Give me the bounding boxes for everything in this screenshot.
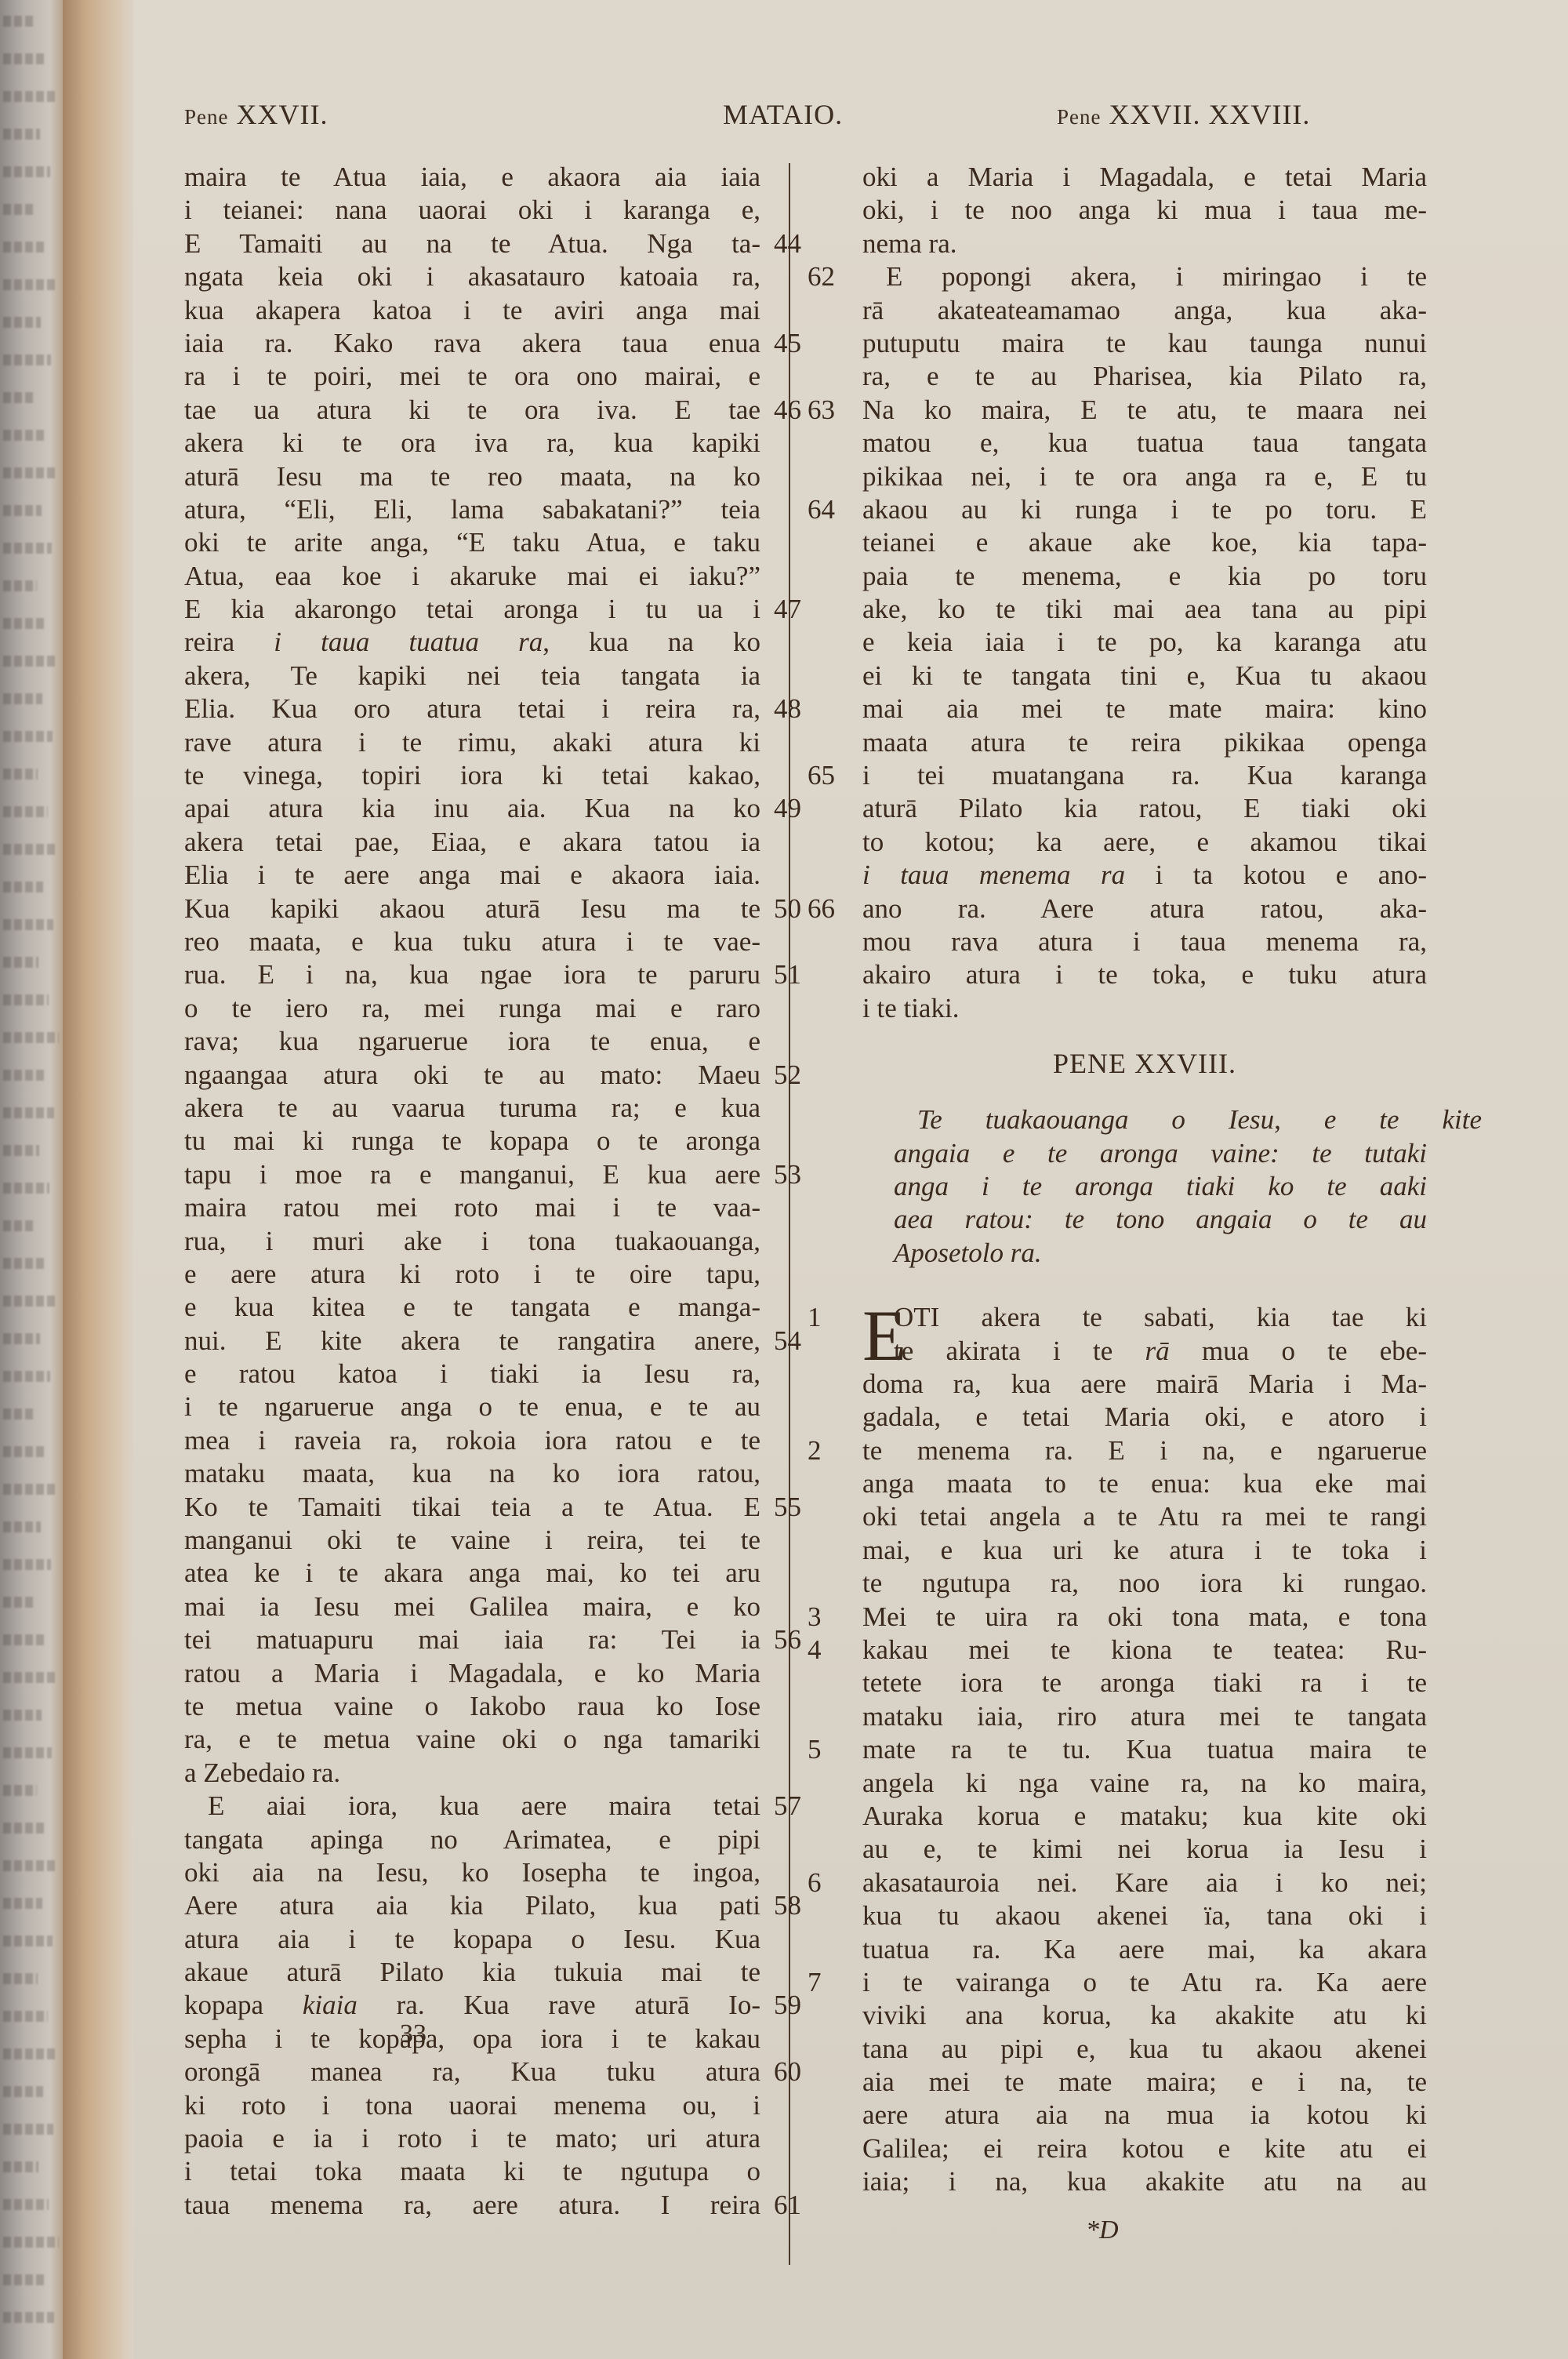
summary-line: Aposetolo ra. <box>862 1237 1427 1270</box>
line-text: tei matuapuru mai iaia ra: Tei ia <box>184 1623 760 1656</box>
line-text: oki a Maria i Magadala, e tetai Maria <box>862 161 1427 194</box>
text-line: paia te menema, e kia po toru <box>808 560 1419 593</box>
verse-number: 44 <box>774 227 801 260</box>
line-text: kua tu akaou akenei ïa, tana oki i <box>862 1899 1427 1932</box>
line-text: aturā Pilato kia ratou, E tiaki oki <box>862 792 1427 825</box>
chapter-heading: PENE XXVIII. <box>862 1047 1427 1091</box>
summary-text: anga i te aronga tiaki ko te aaki <box>894 1170 1427 1203</box>
verse-number: 59 <box>774 1989 801 2022</box>
text-line: tae ua atura ki te ora iva. E tae46 <box>184 394 819 427</box>
text-line: o te iero ra, mei runga mai e raro <box>184 992 819 1025</box>
line-text: i taua menema ra i ta kotou e ano- <box>862 859 1427 892</box>
text-line: oki, i te noo anga ki mua i taua me- <box>808 194 1419 227</box>
line-text: aere atura aia na mua ia kotou ki <box>862 2099 1427 2132</box>
text-line: Atua, eaa koe i akaruke mai ei iaku?” <box>184 560 819 593</box>
text-line: sepha i te kopapa, opa iora i te kakau <box>184 2023 819 2055</box>
text-line: ano ra. Aere atura ratou, aka-66 <box>808 892 1419 925</box>
text-line: maira te Atua iaia, e akaora aia iaia <box>184 161 819 194</box>
text-line: reira i taua tuatua ra, kua na ko <box>184 626 819 659</box>
line-text: ei ki te tangata tini e, Kua tu akaou <box>862 660 1427 692</box>
text-line: mai ia Iesu mei Galilea maira, e ko <box>184 1590 819 1623</box>
summary-line: Te tuakaouanga o Iesu, e te kite <box>862 1103 1427 1136</box>
text-line: e ratou katoa i tiaki ia Iesu ra, <box>184 1358 819 1390</box>
line-text: tae ua atura ki te ora iva. E tae <box>184 394 760 427</box>
text-line: oki aia na Iesu, ko Iosepha te ingoa, <box>184 1856 819 1889</box>
line-text: Aere atura aia kia Pilato, kua pati <box>184 1889 760 1922</box>
book-page: Pene XXVII. MATAIO. Pene XXVII. XXVIII. … <box>133 0 1568 2359</box>
text-line: aturā Pilato kia ratou, E tiaki oki <box>808 792 1419 825</box>
line-text: nema ra. <box>862 227 1427 260</box>
text-line: aia mei te mate maira; e i na, te <box>808 2066 1419 2099</box>
line-text: oki aia na Iesu, ko Iosepha te ingoa, <box>184 1856 760 1889</box>
book-gutter <box>63 0 133 2359</box>
line-text: ra, e te metua vaine oki o nga tamariki <box>184 1723 760 1756</box>
text-line: tana au pipi e, kua tu akaou akenei <box>808 2033 1419 2066</box>
line-text: mou rava atura i taua menema ra, <box>862 925 1427 958</box>
line-text: taua menema ra, aere atura. I reira <box>184 2189 760 2222</box>
line-text: i te ngaruerue anga o te enua, e te au <box>184 1390 760 1423</box>
line-text: akera, Te kapiki nei teia tangata ia <box>184 660 760 692</box>
text-line: akasatauroia nei. Kare aia i ko nei;6 <box>808 1866 1419 1899</box>
verse-number: 53 <box>774 1158 801 1191</box>
line-text: teianei e akaue ake koe, kia tapa- <box>862 526 1427 559</box>
text-line: akera, Te kapiki nei teia tangata ia <box>184 660 819 692</box>
line-text: apai atura kia inu aia. Kua na ko <box>184 792 760 825</box>
summary-line: angaia e te aronga vaine: te tutaki <box>862 1137 1427 1170</box>
line-text: te akirata i te rā mua o te ebe- <box>894 1335 1427 1368</box>
line-text: akaou au ki runga i te po toru. E <box>862 493 1427 526</box>
text-line: mataku maata, kua na ko iora ratou, <box>184 1457 819 1490</box>
line-text: tetete iora te aronga tiaki ra i te <box>862 1667 1427 1699</box>
text-line: kua akapera katoa i te aviri anga mai <box>184 294 819 327</box>
line-text: o te iero ra, mei runga mai e raro <box>184 992 760 1025</box>
text-line: mea i raveia ra, rokoia iora ratou e te <box>184 1424 819 1457</box>
text-line: e aere atura ki roto i te oire tapu, <box>184 1258 819 1291</box>
text-line: kua tu akaou akenei ïa, tana oki i <box>808 1899 1419 1932</box>
line-text: rave atura i te rimu, akaki atura ki <box>184 726 760 759</box>
verse-number: 57 <box>774 1790 801 1823</box>
text-line: nema ra. <box>808 227 1419 260</box>
text-line: akaou au ki runga i te po toru. E64 <box>808 493 1419 526</box>
running-head-right: Pene XXVII. XXVIII. <box>1057 98 1310 131</box>
line-text: tu mai ki runga te kopapa o te aronga <box>184 1125 760 1158</box>
text-line: angela ki nga vaine ra, na ko maira, <box>808 1767 1419 1800</box>
line-text: Na ko maira, E te atu, te maara nei <box>862 394 1427 427</box>
text-line: viviki ana korua, ka akakite atu ki <box>808 1999 1419 2032</box>
line-text: ake, ko te tiki mai aea tana au pipi <box>862 593 1427 626</box>
text-line: reo maata, e kua tuku atura i te vae- <box>184 925 819 958</box>
text-line: rā akateateamamao anga, kua aka- <box>808 294 1419 327</box>
line-text: E aiai iora, kua aere maira tetai <box>184 1790 760 1823</box>
line-text: putuputu maira te kau taunga nunui <box>862 327 1427 360</box>
running-head-left: Pene XXVII. <box>184 98 328 131</box>
line-text: iaia ra. Kako rava akera taua enua <box>184 327 760 360</box>
text-line: tei matuapuru mai iaia ra: Tei ia56 <box>184 1623 819 1656</box>
text-line: E Tamaiti au na te Atua. Nga ta-44 <box>184 227 819 260</box>
line-text: iaia; i na, kua akakite atu na au <box>862 2165 1427 2198</box>
verse-number: 52 <box>774 1059 801 1092</box>
summary-text: Aposetolo ra. <box>894 1237 1427 1270</box>
line-text: e kua kitea e te tangata e manga- <box>184 1291 760 1324</box>
text-line: Ko te Tamaiti tikai teia a te Atua. E55 <box>184 1491 819 1524</box>
text-line: Mei te uira ra oki tona mata, e tona3 <box>808 1601 1419 1634</box>
verse-number: 56 <box>774 1623 801 1656</box>
verse-number: 1 <box>808 1301 822 1334</box>
text-line: atea ke i te akara anga mai, ko tei aru <box>184 1557 819 1590</box>
verse-number: 45 <box>774 327 801 360</box>
text-line: E popongi akera, i miringao i te62 <box>808 260 1419 293</box>
verse-number: 47 <box>774 593 801 626</box>
line-text: te menema ra. E i na, e ngaruerue <box>862 1434 1427 1467</box>
verse-number: 62 <box>808 260 835 293</box>
chapter-summary: Te tuakaouanga o Iesu, e te kiteangaia e… <box>862 1103 1427 1270</box>
chapter-27-continuation: oki a Maria i Magadala, e tetai Mariaoki… <box>808 161 1419 1025</box>
text-line: manganui oki te vaine i reira, tei te <box>184 1524 819 1557</box>
line-text: E kia akarongo tetai aronga i tu ua i <box>184 593 760 626</box>
line-text: maira ratou mei roto mai i te vaa- <box>184 1191 760 1224</box>
text-line: taua menema ra, aere atura. I reira61 <box>184 2189 819 2222</box>
line-text: manganui oki te vaine i reira, tei te <box>184 1524 760 1557</box>
text-line: aturā Iesu ma te reo maata, na ko <box>184 460 819 493</box>
text-line: mou rava atura i taua menema ra, <box>808 925 1419 958</box>
line-text: rua, i muri ake i tona tuakaouanga, <box>184 1225 760 1258</box>
text-line: i te ngaruerue anga o te enua, e te au <box>184 1390 819 1423</box>
verse-number: 50 <box>774 892 801 925</box>
text-line: i teianei: nana uaorai oki i karanga e, <box>184 194 819 227</box>
line-text: i tei muatangana ra. Kua karanga <box>862 759 1427 792</box>
right-column: oki a Maria i Magadala, e tetai Mariaoki… <box>808 161 1419 2199</box>
line-text: ra i te poiri, mei te ora ono mairai, e <box>184 360 760 393</box>
line-text: ra, e te au Pharisea, kia Pilato ra, <box>862 360 1427 393</box>
text-line: apai atura kia inu aia. Kua na ko49 <box>184 792 819 825</box>
line-text: mea i raveia ra, rokoia iora ratou e te <box>184 1424 760 1457</box>
text-line: akaue aturā Pilato kia tukuia mai te <box>184 1956 819 1989</box>
running-head-left-prefix: Pene <box>184 105 228 129</box>
text-line: rua. E i na, kua ngae iora te paruru51 <box>184 958 819 991</box>
text-line: iaia; i na, kua akakite atu na au <box>808 2165 1419 2198</box>
text-line: E kia akarongo tetai aronga i tu ua i47 <box>184 593 819 626</box>
line-text: akasatauroia nei. Kare aia i ko nei; <box>862 1866 1427 1899</box>
text-line: tapu i moe ra e manganui, E kua aere53 <box>184 1158 819 1191</box>
line-text: mataku maata, kua na ko iora ratou, <box>184 1457 760 1490</box>
text-line: tu mai ki runga te kopapa o te aronga <box>184 1125 819 1158</box>
line-text: Mei te uira ra oki tona mata, e tona <box>862 1601 1427 1634</box>
text-line: te vinega, topiri iora ki tetai kakao, <box>184 759 819 792</box>
text-line: Kua kapiki akaou aturā Iesu ma te50 <box>184 892 819 925</box>
line-text: anga maata to te enua: kua eke mai <box>862 1467 1427 1500</box>
text-line: gadala, e tetai Maria oki, e atoro i <box>808 1401 1419 1434</box>
verse-number: 66 <box>808 892 835 925</box>
line-text: aia mei te mate maira; e i na, te <box>862 2066 1427 2099</box>
line-text: Elia. Kua oro atura tetai i reira ra, <box>184 692 760 725</box>
line-text: ngaangaa atura oki te au mato: Maeu <box>184 1059 760 1092</box>
text-line: ei ki te tangata tini e, Kua tu akaou <box>808 660 1419 692</box>
text-line: i taua menema ra i ta kotou e ano- <box>808 859 1419 892</box>
text-line: atura, “Eli, Eli, lama sabakatani?” teia <box>184 493 819 526</box>
text-line: mai, e kua uri ke atura i te toka i <box>808 1534 1419 1567</box>
text-line: rave atura i te rimu, akaki atura ki <box>184 726 819 759</box>
line-text: rua. E i na, kua ngae iora te paruru <box>184 958 760 991</box>
line-text: te vinega, topiri iora ki tetai kakao, <box>184 759 760 792</box>
text-line: to kotou; ka aere, e akamou tikai <box>808 826 1419 859</box>
line-text: mai, e kua uri ke atura i te toka i <box>862 1534 1427 1567</box>
verse-number: 55 <box>774 1491 801 1524</box>
text-line: E aiai iora, kua aere maira tetai57 <box>184 1790 819 1823</box>
text-line: ra i te poiri, mei te ora ono mairai, e <box>184 360 819 393</box>
verse-number: 3 <box>808 1601 822 1634</box>
text-line: i te vairanga o te Atu ra. Ka aere7 <box>808 1966 1419 1999</box>
line-text: paia te menema, e kia po toru <box>862 560 1427 593</box>
text-line: e keia iaia i te po, ka karanga atu <box>808 626 1419 659</box>
line-text: matou e, kua tuatua taua tangata <box>862 427 1427 460</box>
verse-number: 65 <box>808 759 835 792</box>
line-text: atura, “Eli, Eli, lama sabakatani?” teia <box>184 493 760 526</box>
text-line: Galilea; ei reira kotou e kite atu ei <box>808 2132 1419 2165</box>
text-line: teianei e akaue ake koe, kia tapa- <box>808 526 1419 559</box>
line-text: gadala, e tetai Maria oki, e atoro i <box>862 1401 1427 1434</box>
line-text: kakau mei te kiona te teatea: Ru- <box>862 1634 1427 1667</box>
line-text: mate ra te tu. Kua tuatua maira te <box>862 1733 1427 1766</box>
line-text: akairo atura i te toka, e tuku atura <box>862 958 1427 991</box>
line-text: tangata apinga no Arimatea, e pipi <box>184 1823 760 1856</box>
text-line: ngata keia oki i akasatauro katoaia ra, <box>184 260 819 293</box>
text-line: te menema ra. E i na, e ngaruerue2 <box>808 1434 1419 1467</box>
summary-text: aea ratou: te tono angaia o te au <box>894 1203 1427 1236</box>
text-line: pikikaa nei, i te ora anga ra e, E tu <box>808 460 1419 493</box>
text-line: ake, ko te tiki mai aea tana au pipi <box>808 593 1419 626</box>
text-line: a Zebedaio ra. <box>184 1757 819 1790</box>
text-line: ngaangaa atura oki te au mato: Maeu52 <box>184 1059 819 1092</box>
line-text: tana au pipi e, kua tu akaou akenei <box>862 2033 1427 2066</box>
line-text: reo maata, e kua tuku atura i te vae- <box>184 925 760 958</box>
line-text: te metua vaine o Iakobo raua ko Iose <box>184 1690 760 1723</box>
verse-number: 64 <box>808 493 835 526</box>
line-text: oki, i te noo anga ki mua i taua me- <box>862 194 1427 227</box>
text-line: akera ki te ora iva ra, kua kapiki <box>184 427 819 460</box>
text-line: nui. E kite akera te rangatira anere,54 <box>184 1325 819 1358</box>
line-text: E Tamaiti au na te Atua. Nga ta- <box>184 227 760 260</box>
previous-page-edge <box>0 0 63 2359</box>
running-head-left-chapter: XXVII. <box>236 99 328 130</box>
line-text: rā akateateamamao anga, kua aka- <box>862 294 1427 327</box>
verse-number: 2 <box>808 1434 822 1467</box>
line-text: paoia e ia i roto i te mato; uri atura <box>184 2122 760 2155</box>
line-text: akera te au vaarua turuma ra; e kua <box>184 1092 760 1125</box>
verse-number: 4 <box>808 1634 822 1667</box>
line-text: kopapa kiaia ra. Kua rave aturā Io- <box>184 1989 760 2022</box>
text-line: rava; kua ngaruerue iora te enua, e <box>184 1025 819 1058</box>
line-text: pikikaa nei, i te ora anga ra e, E tu <box>862 460 1427 493</box>
line-text: OTI akera te sabati, kia tae ki <box>894 1301 1427 1334</box>
text-line: tangata apinga no Arimatea, e pipi <box>184 1823 819 1856</box>
line-text: mai ia Iesu mei Galilea maira, e ko <box>184 1590 760 1623</box>
line-text: ano ra. Aere atura ratou, aka- <box>862 892 1427 925</box>
chapter-28-text: E OTI akera te sabati, kia tae ki1te aki… <box>808 1301 1419 2199</box>
text-line: oki tetai angela a te Atu ra mei te rang… <box>808 1500 1419 1533</box>
text-line: au e, te kimi nei korua ia Iesu i <box>808 1833 1419 1866</box>
verse-number: 54 <box>774 1325 801 1358</box>
text-line: oki a Maria i Magadala, e tetai Maria <box>808 161 1419 194</box>
line-text: Elia i te aere anga mai e akaora iaia. <box>184 859 760 892</box>
line-text: ratou a Maria i Magadala, e ko Maria <box>184 1657 760 1690</box>
line-text: oki tetai angela a te Atu ra mei te rang… <box>862 1500 1427 1533</box>
text-line: Aere atura aia kia Pilato, kua pati58 <box>184 1889 819 1922</box>
text-line: orongā manea ra, Kua tuku atura60 <box>184 2055 819 2088</box>
text-line: i te tiaki. <box>808 992 1419 1025</box>
line-text: i te tiaki. <box>862 992 1427 1025</box>
verse-number: 49 <box>774 792 801 825</box>
text-line: akera te au vaarua turuma ra; e kua <box>184 1092 819 1125</box>
text-line: akera tetai pae, Eiaa, e akara tatou ia <box>184 826 819 859</box>
line-text: i te vairanga o te Atu ra. Ka aere <box>862 1966 1427 1999</box>
text-line: paoia e ia i roto i te mato; uri atura <box>184 2122 819 2155</box>
text-line: mai aia mei te mate maira: kino <box>808 692 1419 725</box>
text-line: Elia. Kua oro atura tetai i reira ra,48 <box>184 692 819 725</box>
text-line: ki roto i tona uaorai menema ou, i <box>184 2089 819 2122</box>
line-text: e aere atura ki roto i te oire tapu, <box>184 1258 760 1291</box>
text-line: kopapa kiaia ra. Kua rave aturā Io-59 <box>184 1989 819 2022</box>
line-text: akera ki te ora iva ra, kua kapiki <box>184 427 760 460</box>
line-text: atura aia i te kopapa o Iesu. Kua <box>184 1923 760 1956</box>
line-text: e keia iaia i te po, ka karanga atu <box>862 626 1427 659</box>
line-text: au e, te kimi nei korua ia Iesu i <box>862 1833 1427 1866</box>
verse-number: 63 <box>808 394 835 427</box>
text-line: Auraka korua e mataku; kua kite oki <box>808 1800 1419 1833</box>
verse-number: 6 <box>808 1866 822 1899</box>
text-line: akairo atura i te toka, e tuku atura <box>808 958 1419 991</box>
line-text: akera tetai pae, Eiaa, e akara tatou ia <box>184 826 760 859</box>
summary-text: Te tuakaouanga o Iesu, e te kite <box>917 1103 1482 1136</box>
line-text: nui. E kite akera te rangatira anere, <box>184 1325 760 1358</box>
line-text: E popongi akera, i miringao i te <box>862 260 1427 293</box>
text-line: i tetai toka maata ki te ngutupa o <box>184 2155 819 2188</box>
line-text: i teianei: nana uaorai oki i karanga e, <box>184 194 760 227</box>
line-text: i tetai toka maata ki te ngutupa o <box>184 2155 760 2188</box>
line-text: to kotou; ka aere, e akamou tikai <box>862 826 1427 859</box>
text-line: OTI akera te sabati, kia tae ki1 <box>808 1301 1419 1334</box>
text-line: Elia i te aere anga mai e akaora iaia. <box>184 859 819 892</box>
text-line: matou e, kua tuatua taua tangata <box>808 427 1419 460</box>
text-line: mataku iaia, riro atura mei te tangata <box>808 1700 1419 1733</box>
text-line: anga maata to te enua: kua eke mai <box>808 1467 1419 1500</box>
line-text: oki te arite anga, “E taku Atua, e taku <box>184 526 760 559</box>
line-text: viviki ana korua, ka akakite atu ki <box>862 1999 1427 2032</box>
text-line: ra, e te metua vaine oki o nga tamariki <box>184 1723 819 1756</box>
line-text: angela ki nga vaine ra, na ko maira, <box>862 1767 1427 1800</box>
text-line: rua, i muri ake i tona tuakaouanga, <box>184 1225 819 1258</box>
verse-number: 46 <box>774 394 801 427</box>
verse-number: 58 <box>774 1889 801 1922</box>
line-text: e ratou katoa i tiaki ia Iesu ra, <box>184 1358 760 1390</box>
verse-number: 60 <box>774 2055 801 2088</box>
text-line: te ngutupa ra, noo iora ki rungao. <box>808 1567 1419 1600</box>
summary-line: aea ratou: te tono angaia o te au <box>862 1203 1427 1236</box>
line-text: Auraka korua e mataku; kua kite oki <box>862 1800 1427 1833</box>
text-line: ra, e te au Pharisea, kia Pilato ra, <box>808 360 1419 393</box>
text-line: mate ra te tu. Kua tuatua maira te5 <box>808 1733 1419 1766</box>
left-column: maira te Atua iaia, e akaora aia iaiai t… <box>184 161 819 2222</box>
verse-number: 61 <box>774 2189 801 2222</box>
line-text: Atua, eaa koe i akaruke mai ei iaku?” <box>184 560 760 593</box>
text-line: atura aia i te kopapa o Iesu. Kua <box>184 1923 819 1956</box>
line-text: ki roto i tona uaorai menema ou, i <box>184 2089 760 2122</box>
line-text: reira i taua tuatua ra, kua na ko <box>184 626 760 659</box>
text-line: Na ko maira, E te atu, te maara nei63 <box>808 394 1419 427</box>
line-text: ngata keia oki i akasatauro katoaia ra, <box>184 260 760 293</box>
page-number: 33 <box>400 2019 426 2049</box>
line-text: te ngutupa ra, noo iora ki rungao. <box>862 1567 1427 1600</box>
text-line: te akirata i te rā mua o te ebe- <box>808 1335 1419 1368</box>
line-text: Ko te Tamaiti tikai teia a te Atua. E <box>184 1491 760 1524</box>
line-text: tapu i moe ra e manganui, E kua aere <box>184 1158 760 1191</box>
summary-line: anga i te aronga tiaki ko te aaki <box>862 1170 1427 1203</box>
verse-number: 48 <box>774 692 801 725</box>
line-text: maata atura te reira pikikaa openga <box>862 726 1427 759</box>
line-text: akaue aturā Pilato kia tukuia mai te <box>184 1956 760 1989</box>
line-text: aturā Iesu ma te reo maata, na ko <box>184 460 760 493</box>
summary-text: angaia e te aronga vaine: te tutaki <box>894 1137 1427 1170</box>
line-text: orongā manea ra, Kua tuku atura <box>184 2055 760 2088</box>
line-text: doma ra, kua aere mairā Maria i Ma- <box>862 1368 1427 1401</box>
line-text: mai aia mei te mate maira: kino <box>862 692 1427 725</box>
line-text: maira te Atua iaia, e akaora aia iaia <box>184 161 760 194</box>
text-line: doma ra, kua aere mairā Maria i Ma- <box>808 1368 1419 1401</box>
running-head-right-prefix: Pene <box>1057 105 1101 129</box>
verse-number: 7 <box>808 1966 822 1999</box>
verse-number: 51 <box>774 958 801 991</box>
line-text: rava; kua ngaruerue iora te enua, e <box>184 1025 760 1058</box>
text-line: tetete iora te aronga tiaki ra i te <box>808 1667 1419 1699</box>
text-line: maata atura te reira pikikaa openga <box>808 726 1419 759</box>
running-head-right-chapters: XXVII. XXVIII. <box>1109 99 1310 130</box>
text-line: i tei muatangana ra. Kua karanga65 <box>808 759 1419 792</box>
line-text: tuatua ra. Ka aere mai, ka akara <box>862 1933 1427 1966</box>
signature-mark: *D <box>1086 2215 1119 2245</box>
line-text: kua akapera katoa i te aviri anga mai <box>184 294 760 327</box>
line-text: mataku iaia, riro atura mei te tangata <box>862 1700 1427 1733</box>
text-line: iaia ra. Kako rava akera taua enua45 <box>184 327 819 360</box>
line-text: a Zebedaio ra. <box>184 1757 760 1790</box>
text-line: aere atura aia na mua ia kotou ki <box>808 2099 1419 2132</box>
text-line: putuputu maira te kau taunga nunui <box>808 327 1419 360</box>
line-text: atea ke i te akara anga mai, ko tei aru <box>184 1557 760 1590</box>
running-head-book-title: MATAIO. <box>723 98 843 131</box>
text-line: oki te arite anga, “E taku Atua, e taku <box>184 526 819 559</box>
line-text: sepha i te kopapa, opa iora i te kakau <box>184 2023 760 2055</box>
text-line: tuatua ra. Ka aere mai, ka akara <box>808 1933 1419 1966</box>
line-text: Galilea; ei reira kotou e kite atu ei <box>862 2132 1427 2165</box>
text-line: ratou a Maria i Magadala, e ko Maria <box>184 1657 819 1690</box>
verse-number: 5 <box>808 1733 822 1766</box>
text-line: e kua kitea e te tangata e manga- <box>184 1291 819 1324</box>
text-line: te metua vaine o Iakobo raua ko Iose <box>184 1690 819 1723</box>
line-text: Kua kapiki akaou aturā Iesu ma te <box>184 892 760 925</box>
text-line: kakau mei te kiona te teatea: Ru-4 <box>808 1634 1419 1667</box>
text-line: maira ratou mei roto mai i te vaa- <box>184 1191 819 1224</box>
